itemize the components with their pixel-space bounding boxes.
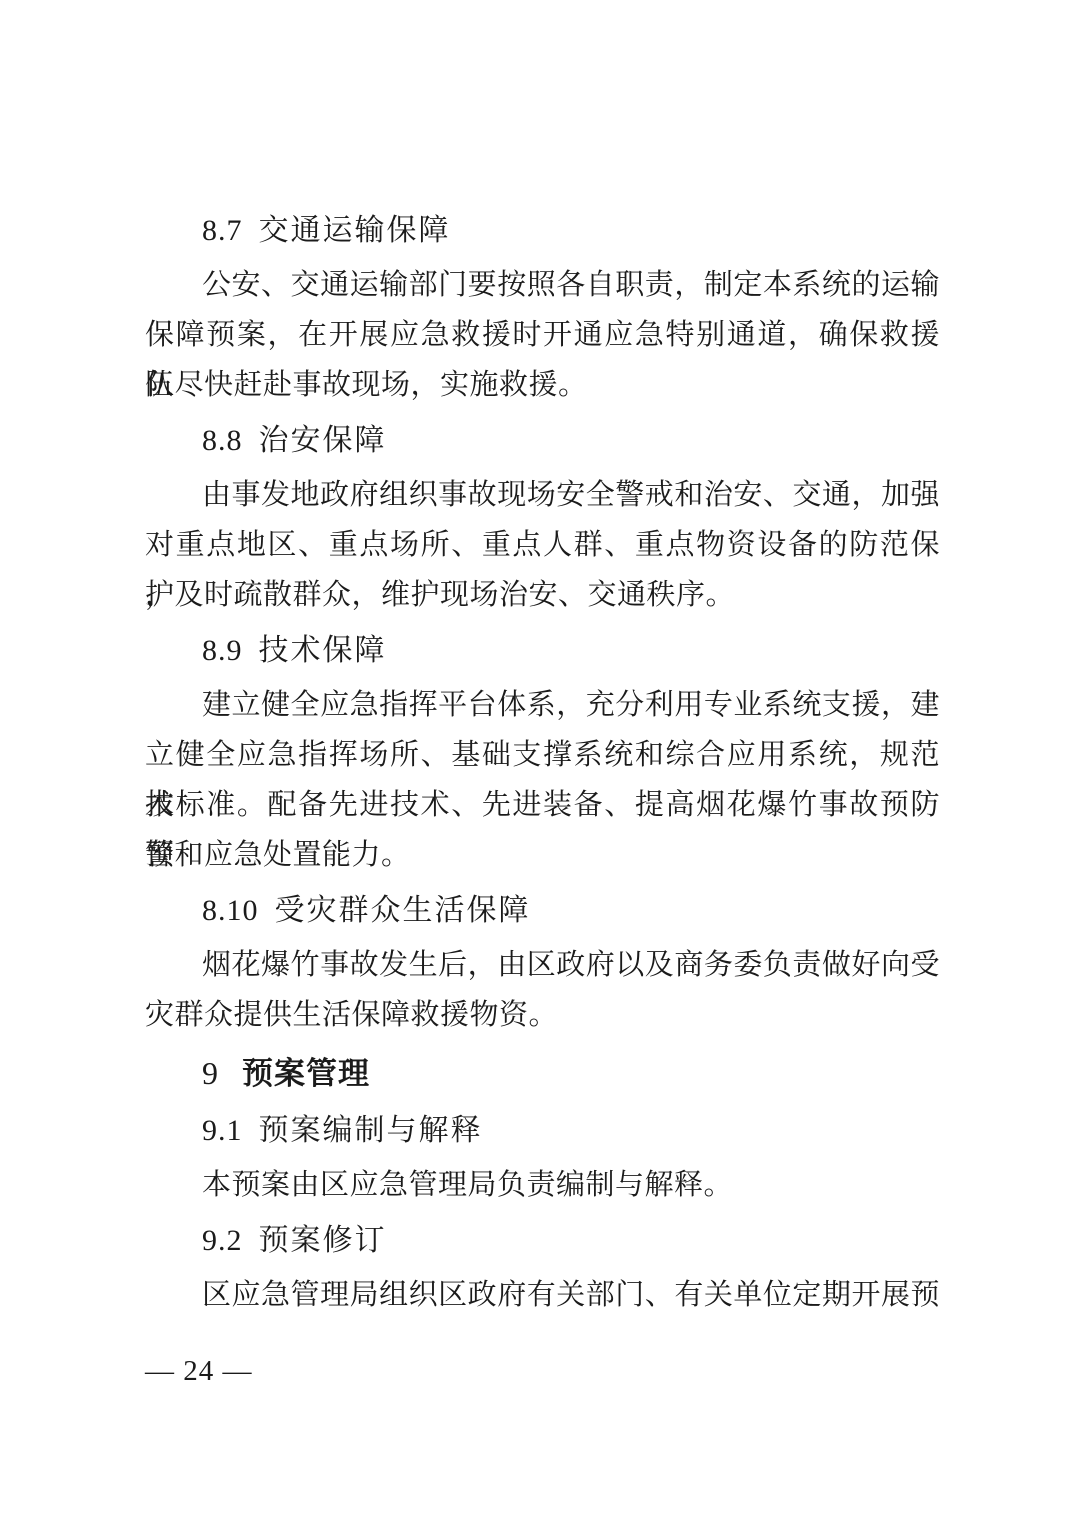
section-heading: 8.8治安保障 bbox=[145, 416, 940, 466]
section-title: 交通运输保障 bbox=[259, 214, 451, 247]
paragraph: 烟花爆竹事故发生后，由区政府以及商务委负责做好向受灾群众提供生活保障救援物资。 bbox=[145, 940, 940, 1040]
paragraph-line: 由事发地政府组织事故现场安全警戒和治安、交通，加强 bbox=[145, 470, 940, 520]
paragraph: 区应急管理局组织区政府有关部门、有关单位定期开展预 bbox=[145, 1270, 940, 1320]
section-number: 9 bbox=[202, 1055, 218, 1091]
section-title: 预案编制与解释 bbox=[259, 1114, 483, 1147]
section-number: 8.9 bbox=[202, 634, 243, 667]
chapter-heading: 9预案管理 bbox=[145, 1046, 940, 1100]
paragraph-line: 建立健全应急指挥平台体系，充分利用专业系统支援，建 bbox=[145, 680, 940, 730]
paragraph-line: 伍尽快赶赴事故现场，实施救援。 bbox=[145, 360, 940, 410]
paragraph-line: 灾群众提供生活保障救援物资。 bbox=[145, 990, 940, 1040]
section-number: 9.2 bbox=[202, 1224, 243, 1257]
section-title: 受灾群众生活保障 bbox=[275, 894, 531, 927]
section-heading: 8.7交通运输保障 bbox=[145, 206, 940, 256]
paragraph-line: 公安、交通运输部门要按照各自职责，制定本系统的运输 bbox=[145, 260, 940, 310]
section-heading: 8.9技术保障 bbox=[145, 626, 940, 676]
section-number: 8.10 bbox=[202, 894, 259, 927]
paragraph: 由事发地政府组织事故现场安全警戒和治安、交通，加强对重点地区、重点场所、重点人群… bbox=[145, 470, 940, 620]
section-heading: 8.10受灾群众生活保障 bbox=[145, 886, 940, 936]
paragraph: 建立健全应急指挥平台体系，充分利用专业系统支援，建立健全应急指挥场所、基础支撑系… bbox=[145, 680, 940, 880]
section-title: 预案修订 bbox=[259, 1224, 387, 1257]
document-page: 8.7交通运输保障公安、交通运输部门要按照各自职责，制定本系统的运输保障预案，在… bbox=[0, 0, 1074, 1520]
section-title: 治安保障 bbox=[259, 424, 387, 457]
section-number: 8.8 bbox=[202, 424, 243, 457]
paragraph-line: 警和应急处置能力。 bbox=[145, 830, 940, 880]
paragraph-line: 立健全应急指挥场所、基础支撑系统和综合应用系统，规范技 bbox=[145, 730, 940, 780]
section-heading: 9.2预案修订 bbox=[145, 1216, 940, 1266]
section-title: 技术保障 bbox=[259, 634, 387, 667]
section-number: 8.7 bbox=[202, 214, 243, 247]
paragraph-line: 烟花爆竹事故发生后，由区政府以及商务委负责做好向受 bbox=[145, 940, 940, 990]
paragraph-line: ，及时疏散群众，维护现场治安、交通秩序。 bbox=[145, 570, 940, 620]
paragraph-line: 对重点地区、重点场所、重点人群、重点物资设备的防范保护 bbox=[145, 520, 940, 570]
paragraph-line: 保障预案，在开展应急救援时开通应急特别通道，确保救援队 bbox=[145, 310, 940, 360]
document-content: 8.7交通运输保障公安、交通运输部门要按照各自职责，制定本系统的运输保障预案，在… bbox=[145, 200, 940, 1320]
section-number: 9.1 bbox=[202, 1114, 243, 1147]
section-heading: 9.1预案编制与解释 bbox=[145, 1106, 940, 1156]
paragraph: 本预案由区应急管理局负责编制与解释。 bbox=[145, 1160, 940, 1210]
section-title: 预案管理 bbox=[242, 1056, 370, 1091]
paragraph-line: 区应急管理局组织区政府有关部门、有关单位定期开展预 bbox=[145, 1270, 940, 1320]
paragraph-line: 本预案由区应急管理局负责编制与解释。 bbox=[145, 1160, 940, 1210]
page-number: — 24 — bbox=[145, 1346, 253, 1396]
paragraph: 公安、交通运输部门要按照各自职责，制定本系统的运输保障预案，在开展应急救援时开通… bbox=[145, 260, 940, 410]
paragraph-line: 术标准。配备先进技术、先进装备、提高烟花爆竹事故预防预 bbox=[145, 780, 940, 830]
